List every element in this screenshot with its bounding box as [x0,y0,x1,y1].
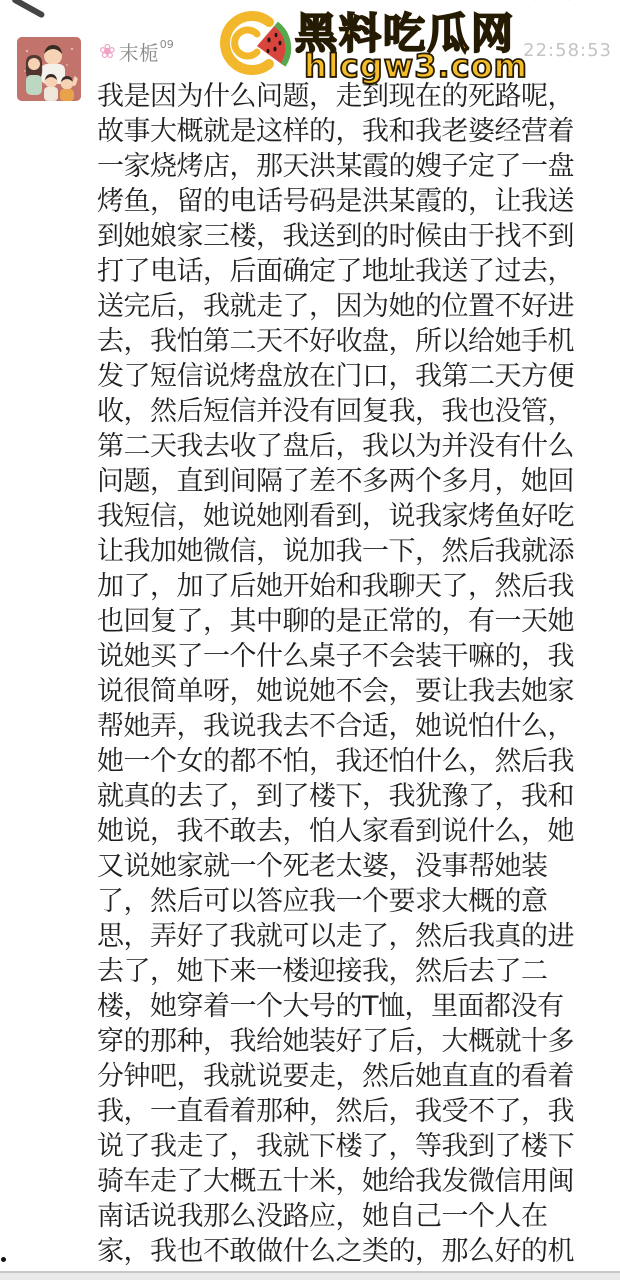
brand-logo-icon [216,6,278,80]
more-menu-icon[interactable]: ••• [529,0,580,9]
watermelon-icon [255,22,295,68]
username-suffix: 09 [160,38,174,51]
username-row: ❀ 末栀 09 [99,38,174,64]
message-text[interactable]: 我是因为什么问题，走到现在的死路呢， 故事大概就是这样的，我和我老婆经营着 一家… [97,79,602,1269]
avatar-family-illustration [17,37,81,101]
flower-icon: ❀ [99,39,116,63]
avatar[interactable] [17,37,81,101]
username: 末栀 [119,37,159,66]
stray-dot [1,1257,6,1262]
message-timestamp: 22:58:53 [523,40,612,61]
watermark-site-name: 黑料吃瓜网 [295,1,515,61]
bottom-bar [0,1271,620,1280]
chat-screen: ••• [0,0,620,1280]
back-icon[interactable] [11,0,45,19]
watermark-overlay: 黑料吃瓜网 hlcgw3.com [183,0,513,90]
